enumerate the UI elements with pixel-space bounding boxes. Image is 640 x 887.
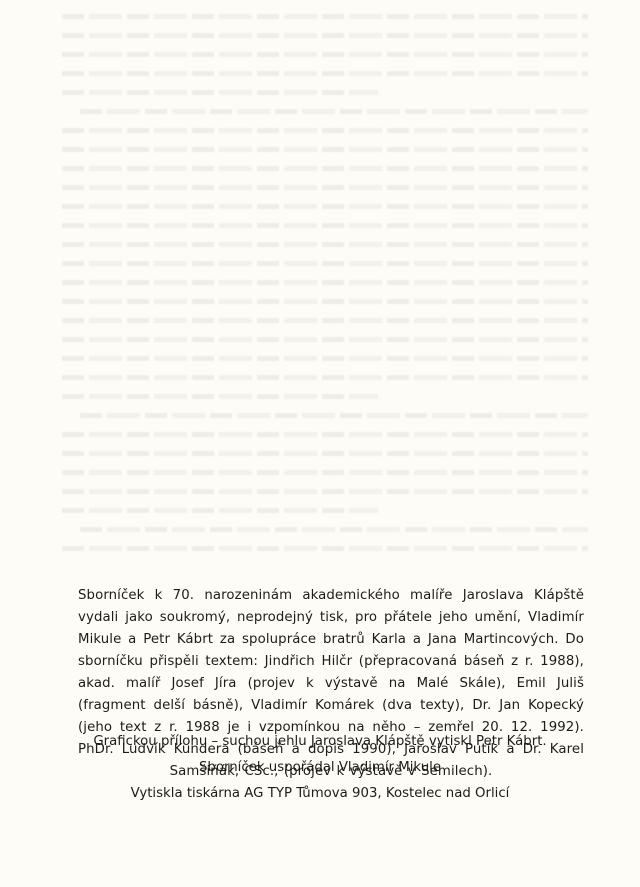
colophon-paragraph: Sborníček k 70. narozeninám akademického… [78,585,584,783]
printer-note: Vytiskla tiskárna AG TYP Tůmova 903, Kos… [60,786,580,801]
editor-note: Sborníček uspořádal Vladimír Mikule [60,760,580,775]
colophon: Sborníček k 70. narozeninám akademického… [78,585,584,783]
graphic-supplement-note: Grafickou přílohu – suchou jehlu Jarosla… [60,734,580,749]
show-through-text [62,14,588,565]
scanned-page: Sborníček k 70. narozeninám akademického… [0,0,640,887]
